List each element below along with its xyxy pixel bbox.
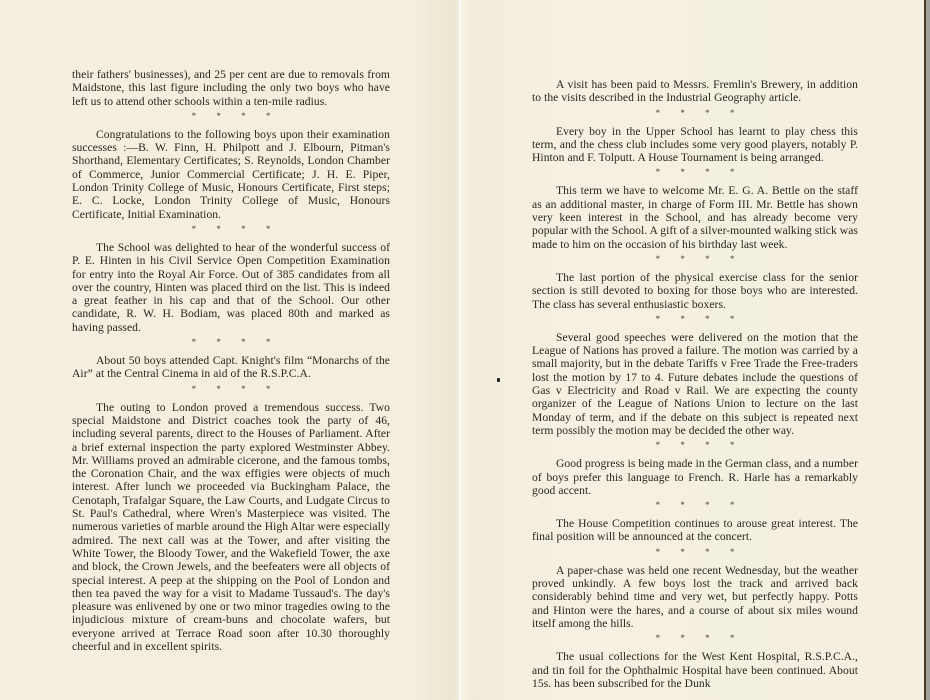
section-separator: * * * *	[72, 222, 390, 236]
paragraph-film: About 50 boys attended Capt. Knight's fi…	[72, 354, 390, 381]
paragraph-german-class: Good progress is being made in the Germa…	[532, 457, 858, 497]
paragraph-removals: their fathers' businesses), and 25 per c…	[72, 68, 390, 108]
paragraph-exam-successes: Congratulations to the following boys up…	[72, 128, 390, 221]
section-separator: * * * *	[72, 382, 390, 396]
left-page: their fathers' businesses), and 25 per c…	[72, 68, 390, 653]
background-edge	[926, 0, 930, 700]
paragraph-chess: Every boy in the Upper School has learnt…	[532, 125, 858, 165]
paragraph-paper-chase: A paper-chase was held one recent Wednes…	[532, 564, 858, 630]
right-page: A visit has been paid to Messrs. Fremlin…	[532, 78, 858, 690]
paragraph-new-master: This term we have to welcome Mr. E. G. A…	[532, 184, 858, 250]
section-separator: * * * *	[532, 165, 858, 179]
section-separator: * * * *	[532, 252, 858, 266]
section-separator: * * * *	[532, 106, 858, 120]
paragraph-house-competition: The House Competition continues to arous…	[532, 517, 858, 544]
section-separator: * * * *	[532, 312, 858, 326]
section-separator: * * * *	[72, 109, 390, 123]
section-separator: * * * *	[532, 631, 858, 645]
section-separator: * * * *	[532, 498, 858, 512]
paragraph-brewery-visit: A visit has been paid to Messrs. Fremlin…	[532, 78, 858, 105]
section-separator: * * * *	[532, 438, 858, 452]
section-separator: * * * *	[532, 545, 858, 559]
paragraph-raf-exam: The School was delighted to hear of the …	[72, 241, 390, 334]
ink-speck	[497, 378, 500, 382]
center-fold	[459, 0, 461, 700]
paragraph-collections: The usual collections for the West Kent …	[532, 650, 858, 690]
section-separator: * * * *	[72, 335, 390, 349]
paragraph-london-outing: The outing to London proved a tremendous…	[72, 401, 390, 654]
paragraph-boxing: The last portion of the physical exercis…	[532, 271, 858, 311]
paragraph-debates: Several good speeches were delivered on …	[532, 331, 858, 437]
